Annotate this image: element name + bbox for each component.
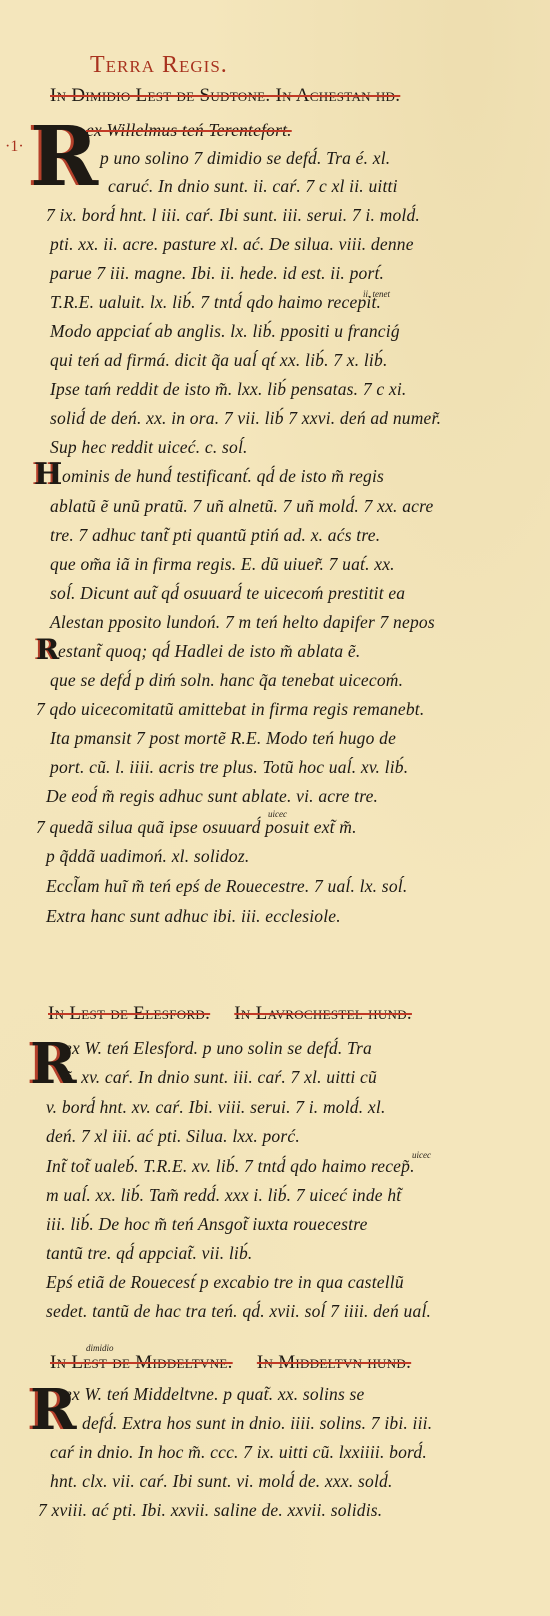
section2-line: Epś etiã de Rouecest́ p excabio tre in… (46, 1272, 404, 1293)
section2-heading: In Lest de Elesford. In Lavrochestel hun… (48, 1003, 412, 1025)
section1-line: que om̃a iã in firma regis. E. dũ uiue… (50, 554, 395, 575)
section3-line: hnt. clx. vii. caŕ. Ibi sunt. vi. mold́… (50, 1471, 393, 1492)
interlinear-gloss: ii. tenet (363, 289, 390, 299)
section3-line: defd́. Extra hos sunt in dnio. iiii. sol… (82, 1413, 432, 1434)
section1-first-line: ex Willelmus teń Terentefort. (86, 120, 292, 141)
section1-line: ablatũ ẽ unũ pratũ. 7 uñ alnetũ. 7… (50, 496, 433, 517)
section3-heading: In Lest de Middeltvne. In Middeltvn hund… (50, 1352, 411, 1374)
section1-line: pti. xx. ii. acre. pasture xl. ać. De s… (50, 234, 414, 255)
section1-line: solid́ de deń. xx. in ora. 7 vii. lib́ … (50, 408, 441, 429)
section1-line: 7 quedã silua quã ipse osuuard́ posuit… (36, 817, 357, 838)
section1-line: Extra hanc sunt adhuc ibi. iii. ecclesio… (46, 906, 341, 927)
section3-first-line: ex W. teń Middeltvne. p quat̃. xx. soli… (64, 1384, 365, 1405)
section2-line: iii. lib́. De hoc m̃ teń Ansgot̃ iuxta … (46, 1214, 368, 1235)
section1-line: caruć. In dnio sunt. ii. caŕ. 7 c xl i… (108, 176, 398, 197)
section1-line: ominis de hund́ testificant́. qd́ de ist… (62, 466, 384, 487)
section3-heading-a: In Lest de Middeltvne. (50, 1352, 233, 1373)
section1-line: tre. 7 adhuc tant̃ pti quantũ ptiń ad.… (50, 525, 380, 546)
section1-line: parue 7 iii. magne. Ibi. ii. hede. id es… (50, 263, 384, 284)
section2-line: sedet. tantũ de hac tra teń. qd́. xvii… (46, 1301, 431, 1322)
section1-line: Modo appciat́ ab anglis. lx. lib́. pposi… (50, 321, 400, 342)
margin-number: ·1· (5, 138, 24, 156)
section2-heading-b: In Lavrochestel hund. (234, 1003, 412, 1024)
section1-line: T.R.E. ualuit. lx. lib́. 7 tntd́ qdo hai… (50, 292, 381, 313)
section2-first-line: ex W. teń Elesford. p uno solin se defd… (64, 1038, 372, 1059)
section3-heading-b: In Middeltvn hund. (257, 1352, 411, 1373)
section1-line: soĺ. Dicunt aut̃ qd́ osuuard́ te uiceco… (50, 583, 405, 604)
section1-line: Sup hec reddit uiceć. c. soĺ. (50, 437, 248, 458)
section1-line: Ita pmansit 7 post mortẽ R.E. Modo teń… (50, 728, 396, 749)
section1-line: port. cũ. l. iiii. acris tre plus. Totu… (50, 757, 408, 778)
section2-heading-a: In Lest de Elesford. (48, 1003, 210, 1024)
section1-line: De eod́ m̃ regis adhuc sunt ablate. vi. … (46, 786, 378, 807)
section1-line: p uno solino 7 dimidio se defd́. Tra é.… (100, 148, 390, 169)
section2-line: Int̃ tot̃ ualeb́. T.R.E. xv. lib́. 7 tnt… (46, 1156, 415, 1177)
section1-initial-r: R (36, 636, 59, 664)
section1-line: 7 ix. bord́ hnt. l iii. caŕ. Ibi sunt. … (46, 205, 420, 226)
section1-heading: In Dimidio Lest de Sudtone. In Achestan … (50, 85, 400, 107)
section1-first-line-text: ex Willelmus teń Terentefort. (86, 120, 292, 140)
section1-initial-h: H (34, 460, 62, 490)
section3-line: 7 xviii. ać pti. Ibi. xxvii. saline de.… (38, 1500, 382, 1521)
section1-line: qui teń ad firmá. dicit q̃a uaĺ qt́ x… (50, 350, 388, 371)
manuscript-page: Terra Regis. In Dimidio Lest de Sudtone.… (0, 0, 550, 1616)
section2-line: ẽ. xv. caŕ. In dnio sunt. iii. caŕ. 7… (64, 1067, 377, 1088)
section1-line: que se defd́ p diḿ soln. hanc q̃a teneb… (50, 670, 403, 691)
section1-line: estant̃ quoq; qd́ Hadlei de isto m̃ abla… (58, 641, 360, 662)
page-title: Terra Regis. (90, 52, 228, 79)
section2-line: deń. 7 xl iii. ać pti. Silua. lxx. por… (46, 1126, 300, 1147)
section3-line: caŕ in dnio. In hoc m̃. ccc. 7 ix. uitt… (50, 1442, 427, 1463)
section2-line: tantũ tre. qd́ appciat̃. vii. lib́. (46, 1243, 253, 1264)
section1-line: Ipse taḿ reddit de isto m̃. lxx. lib́ p… (50, 379, 407, 400)
section1-line: Alestan pposito lundoń. 7 m teń helto … (50, 612, 435, 633)
section1-line: 7 qdo uicecomitatũ amittebat in firma r… (36, 699, 424, 720)
section1-line: Eccl̃am huĩ m̃ teń epś de Rouecestre.… (46, 876, 407, 897)
section2-line: v. bord́ hnt. xv. caŕ. Ibi. viii. serui… (46, 1097, 386, 1118)
section1-line: p q̃ddã uadimoń. xl. solidoz. (46, 846, 249, 867)
section2-line: m uaĺ. xx. lib́. Tam̃ redd́. xxx i. lib… (46, 1185, 401, 1206)
